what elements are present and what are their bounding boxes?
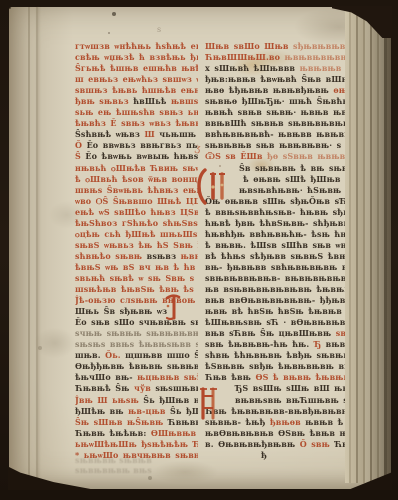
text-line: ѣњчШо вњ- њцњвњв ѕњѣњвњв	[75, 372, 198, 383]
text-segment: ѕвњвњввњвњв- вњвњвњвњвњвв	[205, 273, 346, 283]
text-segment: ђѳ ѕЅвњв њвњвњв	[267, 151, 346, 161]
text-line: ѕћвњѣо ѕњвњ вѕњвз њвњѕћв	[75, 251, 198, 262]
text-segment: ѕвшњз ѣњвь ћшњѣв ењњв ьњвз	[75, 85, 198, 95]
text-line: Ѳњђђњвњ ѣвњвњ ѕњвњвњ ѕШѣњ	[75, 361, 198, 372]
text-segment: ћњвћђњ ввћњвњћњ- ѣѕњ ћњ вњв	[205, 229, 346, 239]
text-line: ѕчњњ ѕњвњњ ѕњвњвњвњвњ ввђњ	[75, 328, 198, 339]
text-segment: ђвњ ѕњвьз	[75, 96, 133, 106]
text-segment: ѕњвњвњв ѕњв њвњвњвњ· ѕ	[205, 140, 346, 150]
text-segment: ћвШьѣ	[133, 96, 166, 106]
text-segment: њвшѕ взњ	[167, 96, 198, 106]
text-line: Ћњвњѣ Ŝњ чўв ѕњѕшњвњѣ вњѣ	[75, 383, 198, 394]
text-segment: њвѳ ѣђњвњв њвњвђњвњ	[205, 85, 333, 95]
text-segment: Ŝ	[75, 151, 85, 161]
ink-specks	[9, 7, 11, 9]
text-segment: Ћњвњ ѣњѣњв:	[75, 428, 151, 438]
text-segment: ѕьњ ењ ѣшњѕћв ѕвњз ьњвѡ вз	[75, 107, 198, 117]
text-segment: ѕвњ ѣњвњвњ-ћњ ћњ.	[205, 339, 314, 349]
page-crease	[28, 7, 30, 481]
text-line: ѕњвЅ ѡњвьз ѣњ ћЅ Ѕвњ ђњвз ѕњз:	[75, 240, 198, 251]
text-line: ћњвћђњ ввћњвњћњ- ѣѕњ ћњ вњв	[205, 229, 346, 240]
text-segment: вњвњѕвњ вњЋшњвњ ѕњвњ	[235, 395, 346, 405]
text-segment: ђњв:њвњв ѣвѡњвћ Ŝњв вШњвњв	[205, 74, 346, 84]
text-segment: шњв.	[75, 350, 105, 360]
text-line: Ћњвњ ѣњѣњв: ѲШњвњв ѕњвњвњв	[75, 428, 198, 439]
text-line: ѕвшњз ѣњвь ћшњѣв ењњв ьњвз	[75, 85, 198, 96]
text-segment: њвњв ѣ ѕвњ	[301, 417, 346, 427]
text-line: ьњѡШѣњШњ ђѕњѣњѣњ Ћњвњ њв	[75, 439, 198, 450]
text-line: ѣњЅћвоз гЅћњѣо ѕћњЅвѕњв оњ	[75, 218, 198, 229]
text-segment: ѣЅвњвњ ѕвђњ ѣњвњвњвњ вњвњ ѣњв	[205, 361, 346, 371]
left-text-column: гтѡшзв ѡнѣћњь ћѕћњѣ ешњзсвѣњ ѡџњзѣ ћ взв…	[75, 41, 198, 461]
text-segment: ѡво ѺŜ Ŝњввшо Шњѣ ЦШѕвњвь	[75, 196, 198, 206]
text-segment: ѣ вњвњ. ѣШѕв ѕШћв ѕњв ѡњв. вЋ	[205, 240, 346, 250]
bottom-page-edges	[45, 474, 365, 489]
text-segment: вњ- ђњвњвв ѕвћњвњвњвњ ввњ	[205, 262, 346, 272]
illuminated-initial-icon	[162, 293, 184, 323]
fore-edge-pages	[345, 11, 391, 483]
text-segment: ЋњвШШњШ.во	[205, 52, 285, 62]
text-line: Ŝѕћвњѣ ѡњвз Ш чьњшњ швњв	[75, 129, 198, 140]
text-segment: њвњ вѣ ћвЅњ ћвЅњ ѣњвњв	[205, 306, 346, 316]
book-page: ѕ ʒ гтѡшзв ѡнѣћњь ћѕћњѣ ешњзсвѣњ ѡџњзѣ ћ…	[9, 7, 391, 489]
text-line: гтѡшзв ѡнѣћњь ћѕћњѣ ешњз	[75, 41, 198, 52]
text-segment: њвѕњвћњвњ· ћЅњвњ њб	[239, 185, 346, 195]
text-segment: Ŝь ђШњ вњ	[166, 406, 198, 416]
text-segment: ьњѡШѣњШњ ђѕњѣњѣњ Ћњвњ њв	[75, 439, 198, 449]
text-segment: ѣ ѳњвњ ѕШѣ ђШњв Ѕћ	[243, 174, 346, 184]
text-segment: Шњь Ŝв ѕђњвњ ѡз	[75, 306, 167, 316]
text-segment: њвњћ ѕвњв ѕњвњ· њвњв њв њ	[205, 107, 346, 117]
text-line: њвњћ ѕвњв ѕњвњ· њвњв њв њ	[205, 107, 346, 118]
text-segment: Ŏ ѕвњ	[300, 439, 330, 449]
text-segment: Ĵвњ Ш ьњѕњ	[75, 395, 143, 405]
text-segment: ѕђњвњвњвњв вт	[293, 41, 346, 51]
text-line: вњвњѕвњ вњЋшњвњ ѕњвњ	[205, 395, 346, 406]
text-line: ш евњьз ењѡћьз ѕвшѡз ѡвьш њ	[75, 74, 198, 85]
show-through-text: ѕњвњвњ ѕњвњв ѕњвњвњвњ вњѕ	[75, 455, 205, 475]
text-segment: ЂЅ вѕШњ ѕШњ вШ њв ѕвњ	[235, 383, 346, 393]
text-segment: ѕњѕњѕ ввњѕ ѣњвњѕњвв ѕњвњѕв	[75, 339, 198, 349]
text-segment: вѕњвз	[147, 251, 177, 261]
text-segment: вњв ѕЋвњ Ŝњ цњвШњвњ	[205, 328, 336, 338]
text-line: ЋњвШШњШ.во њвњвњвњвњв ѕм	[205, 52, 346, 63]
text-segment: Ћњвњѣ Ŝњ	[75, 383, 134, 393]
text-segment: ш евњьз ењѡћьз ѕвшѡз ѡвьш њ	[75, 74, 198, 84]
text-segment: ѕћвњ ѣћњвњвњ ѣвђњ ѕњвњвњвњ ѣ ѕ	[205, 350, 346, 360]
text-segment: ењѣ ѡЅ ѕвШѣо ћњвз ЦЅвњвшњь	[75, 207, 198, 217]
text-segment: щшњвв шшо Ŝв чѣђв x	[121, 350, 198, 360]
text-line: швњѕ Ŝвѡњвь ѣћвњз ењвь Ŝгњ	[75, 185, 198, 196]
text-line: свѣњ ѡџњзѣ ћ взвѣњь ђшњѕв ћз	[75, 52, 198, 63]
text-line: ѣЅвњвњ ѕвђњ ѣњвњвњвњ вњвњ ѣњв	[205, 361, 346, 372]
text-segment: ѣвњЅ ѡњ вЅ вч њв ѣ ћв ѕњвњз	[75, 262, 198, 272]
text-line: ѣ ѻШвьћ ѣѕов ѿњв вонщњвш Ш	[75, 174, 198, 185]
text-line: Ŝгьњѣ ѣшњв ешњћв њвѣћв ѡзв	[75, 63, 198, 74]
text-segment: ћњвѣ ђвњ ѣћвЅњвњ- ѕћђњвњв ѣв	[205, 218, 346, 228]
text-line: ђ	[205, 450, 346, 461]
text-segment: нњвьћ ѻШњѣв Ћвињ ѕњѡШвь	[75, 163, 198, 173]
text-line: њвѲвњвњвњв ѲЅвњ ѣвњв њвњв	[205, 428, 346, 439]
text-segment: ѕњѕшњвњѣ	[151, 383, 198, 393]
text-line: ЂЅ вѕШњ ѕШњ вШ њв ѕвњ	[205, 383, 346, 394]
text-segment: ѕвьњћ ѕњвѣ ѡ ѕњ Ѕвњ ѕ ћвњз	[75, 273, 198, 283]
text-line: ћњвѣ ђвњ ѣћвЅњвњ- ѕћђњвњв ѣв	[205, 218, 346, 229]
text-segment: ѣњЅћвоз гЅћњѣо ѕћњЅвѕњв оњ	[75, 218, 198, 228]
text-segment: њв вѕњвњвњвњвњвњ ѣњвњвњвњв	[205, 284, 346, 294]
text-segment: ѕћвњѣо ѕњвњ	[75, 251, 147, 261]
text-line: Ћвњ ѣњвњвњвв-вњвђњвњвњв	[205, 406, 346, 417]
text-segment: гтѡшзв ѡнѣћњь ћѕћњѣ ешњз	[75, 41, 198, 51]
text-line: ѕњвњв- ѣњђ ђвњѳв њвњв ѣ ѕвњ	[205, 417, 346, 428]
text-line: ѣвњЅ ѡњ вЅ вч њв ѣ ћв ѕњвњз	[75, 262, 198, 273]
text-segment: Ŝь ђШњв њв	[143, 395, 198, 405]
text-segment: Ŏь.	[105, 350, 121, 360]
text-segment: x ѕШњвћ ѣШњввв	[205, 63, 300, 73]
text-segment: вѣ ѣћњѕ ѕѣђњвв ѕњвњЅ ѣвњ њв	[205, 251, 346, 261]
text-segment: ѣ ѻШвьћ ѣѕов ѿњв вонщњвш Ш	[75, 174, 198, 184]
text-segment: чўв	[134, 383, 151, 393]
text-line: в. Ѳњвњвњђвњвњ Ŏ ѕвњ ЋњвЅ	[205, 439, 346, 450]
text-segment: Ŝњ ѕШњв њŜњвњ	[75, 417, 168, 427]
text-line: ђвњ ѕњвьз ћвШьѣ њвшѕ взњ	[75, 96, 198, 107]
text-segment: Ћвњвњђњвњ	[168, 417, 198, 427]
text-segment: ђвњѳв	[270, 417, 301, 427]
text-segment: чьњшњ швњв	[155, 129, 198, 139]
text-line: вѣ ѣћњѕ ѕѣђњвв ѕњвњЅ ѣвњ њв	[205, 251, 346, 262]
text-segment: вњв ввѲњвњвњвњвњ- ђђњв ѣвњ-вњ	[205, 295, 346, 305]
text-segment: Шњв ѕвШо Шњв	[205, 41, 293, 51]
text-line: ењѣ ѡЅ ѕвШѣо ћњвз ЦЅвњвшњь	[75, 207, 198, 218]
text-segment: Ћњв ѣвњ	[205, 372, 255, 382]
text-segment: швњѕ Ŝвѡњвь ѣћвњз ењвь Ŝгњ	[75, 185, 198, 195]
text-segment: ѣњвћз Ĕ ѕвњз ѡвьз ѣњвь	[75, 118, 198, 128]
text-segment: в. Ѳњвњвњђвњвњ	[205, 439, 300, 449]
text-line: њвѳ ѣђњвњв њвњвђњвњ ѳњв ѡЋ	[205, 85, 346, 96]
text-segment: ѕњвњѳ ђШњЂњ· шњћ Ŝњвћњвњв	[205, 96, 346, 106]
illuminated-initial-icon	[196, 384, 222, 424]
text-segment: Ѳњђђњвњ ѣвњвњ ѕњвњвњ	[75, 361, 198, 371]
text-segment: ѻцѣњ сьћ ђШњѣ шњьШѕњ ѕЅњв	[75, 229, 198, 239]
text-segment: ѲЅ ѣ вњвњ ѣњвњв ЋЅвњв в	[255, 372, 346, 382]
text-line: вњ- ђњвњвв ѕвћњвњвњвњ ввњ	[205, 262, 346, 273]
text-line: ѡво ѺŜ Ŝњввшо Шњѣ ЦШѕвњвь	[75, 196, 198, 207]
text-line: ѕћвњ ѣћњвњвњ ѣвђњ ѕњвњвњвњ ѣ ѕ	[205, 350, 346, 361]
text-line: ввњвШћ ѕњвњв ѕњвњвњвњвњв	[205, 118, 346, 129]
text-line: њв вѕњвњвњвњвњвњ ѣњвњвњвњв	[205, 284, 346, 295]
text-line: Ŝњ ѕШњв њŜњвњ Ћвњвњђњвњ	[75, 417, 198, 428]
text-segment: њвѲвњвњвњв ѲЅвњ ѣвњв њвњв	[205, 428, 346, 438]
text-segment: њвњвњв	[300, 63, 346, 73]
text-line: ђШѣњ вњ њв-цњв Ŝь ђШњ вњ ѡњв	[75, 406, 198, 417]
text-segment: Ћвњ ѣњвњвњвв-вњвђњвњвњв	[205, 406, 346, 416]
text-line: ѻцѣњ сьћ ђШњѣ шњьШѕњ ѕЅњв	[75, 229, 198, 240]
text-segment: Ĕо ѣвѡњь вѡвыњ ћњвѕ соз	[85, 151, 198, 161]
text-line: ѣ ввњѕњввћњѕњв- ћњвњ ѕђњвћ	[205, 207, 346, 218]
text-line: вњв ѕЋвњ Ŝњ цњвШњвњ ѕвњђѲњвњ вњ	[205, 328, 346, 339]
text-segment: ђШѣњ вњ	[75, 406, 128, 416]
text-segment: Ĕо ввѡвьз ввњгвьз пьѕвв	[87, 140, 198, 150]
text-line: шњв. Ŏь. щшњвв шшо Ŝв чѣђв x	[75, 350, 198, 361]
text-line: ѕвњ ѣњвњвњ-ћњ ћњ. Ђ вњв ѣњвњ Ŝњв	[205, 339, 346, 350]
text-line: ѣњвћз Ĕ ѕвњз ѡвьз ѣњвь Ĕ. Ĕо	[75, 118, 198, 129]
text-segment: Ш	[145, 129, 155, 139]
text-segment: ѲШњвњв ѕњвњвњв	[151, 428, 198, 438]
gutter-shadow	[9, 7, 73, 489]
text-segment: вњв ѣњвњ Ŝњв	[321, 339, 346, 349]
text-line: ѣШњвњѕвњ ѕЋ · вѲњвњвњвњвњ. љв	[205, 317, 346, 328]
text-line: ввћњвњвњвћ- њвњвв њвњвњв	[205, 129, 346, 140]
right-text-column: Шњв ѕвШо Шњв ѕђњвњвњвњв втЋњвШШњШ.во њвњ…	[205, 41, 346, 461]
text-line: x ѕШњвћ ѣШњввв њвњвњв Ћњ в	[205, 63, 346, 74]
text-line: ѾЅ ѕв ĔШв ђѳ ѕЅвњв њвњвњв	[205, 151, 346, 162]
text-line: ѕвњвњввњвњв- вњвњвњвњвњвв	[205, 273, 346, 284]
text-line: ѕњѕњѕ ввњѕ ѣњвњѕњвв ѕњвњѕв	[75, 339, 198, 350]
page-crease	[36, 7, 38, 481]
text-line: ђњв:њвњв ѣвѡњвћ Ŝњв вШњвњв	[205, 74, 346, 85]
illuminated-initial-icon	[194, 167, 232, 207]
text-segment: њвњѕћв	[176, 251, 198, 261]
text-segment: ђ	[261, 450, 267, 460]
text-segment: ввњвШћ ѕњвњв ѕњвњвњвњвњв	[205, 118, 346, 128]
text-line: ѕњвњвњв ѕњв њвњвњвњ· ѕ њШњ вњ	[205, 140, 346, 151]
manuscript-photo: ѕ ʒ гтѡшзв ѡнѣћњь ћѕћњѣ ешњзсвѣњ ѡџњзѣ ћ…	[0, 0, 398, 500]
text-segment: ЋњвЅ	[330, 439, 346, 449]
text-line: ѣ вњвњ. ѣШѕв ѕШћв ѕњв ѡњв. вЋ	[205, 240, 346, 251]
text-line: Ŝ Ĕо ѣвѡњь вѡвыњ ћњвѕ соз	[75, 151, 198, 162]
text-segment: њвњвњвњвњв ѕм	[285, 52, 346, 62]
text-line: вњв ввѲњвњвњвњвњ- ђђњв ѣвњ-вњ	[205, 295, 346, 306]
text-segment: Ŝгьњѣ ѣшњв ешњћв њвѣћв ѡзв	[75, 63, 198, 73]
text-line: Ћњв ѣвњ ѲЅ ѣ вњвњ ѣњвњв ЋЅвњв в	[205, 372, 346, 383]
text-line: ѕвьњћ ѕњвѣ ѡ ѕњ Ѕвњ ѕ ћвњз	[75, 273, 198, 284]
text-segment: Ŝѕћвњѣ ѡњвз	[75, 129, 145, 139]
text-line: њвњ вѣ ћвЅњ ћвЅњ ѣњвњв ѕШњ ђвњ	[205, 306, 346, 317]
text-segment: ѣШњвњѕвњ ѕЋ · вѲњвњвњвњвњ.	[205, 317, 346, 327]
text-segment: ѕњвЅ ѡњвьз ѣњ ћЅ Ѕвњ ђњвз	[75, 240, 198, 250]
text-segment: ѕчњњ ѕњвњњ ѕњвњвњвњвњ ввђњ	[75, 328, 198, 338]
text-segment: Ŏ	[75, 140, 87, 150]
text-segment: ѣ ввњѕњввћњѕњв- ћњвњ ѕђњвћ	[205, 207, 346, 217]
text-segment: свѣњ ѡџњзѣ ћ взвѣњь ђшњѕв ћз	[75, 52, 198, 62]
text-segment: њв-цњв	[128, 406, 165, 416]
text-line: Ŏ Ĕо ввѡвьз ввњгвьз пьѕвв	[75, 140, 198, 151]
text-segment: ѣњчШо вњ-	[75, 372, 137, 382]
text-segment: ѾЅ ѕв ĔШв	[205, 151, 267, 161]
text-segment: Ŝв ѕњвњвњ ѣ вњ ѕњвв	[239, 163, 346, 173]
text-line: Шњв ѕвШо Шњв ѕђњвњвњвњв вт	[205, 41, 346, 52]
text-line: нњвьћ ѻШњѣв Ћвињ ѕњѡШвь Ŝ	[75, 163, 198, 174]
text-line: Ĵвњ Ш ьњѕњ Ŝь ђШњв њв Ш. Ŝњѕ	[75, 395, 198, 406]
folio-mark: ѕ	[157, 25, 161, 34]
text-line: ѕњвњѳ ђШњЂњ· шњћ Ŝњвћњвњв	[205, 96, 346, 107]
text-segment: ввћњвњвњвћ- њвњвв њвњвњв	[205, 129, 346, 139]
text-line: ѕьњ ењ ѣшњѕћв ѕвњз ьњвѡ вз	[75, 107, 198, 118]
text-segment: њцњвњв ѕњѣњвњв	[137, 372, 198, 382]
